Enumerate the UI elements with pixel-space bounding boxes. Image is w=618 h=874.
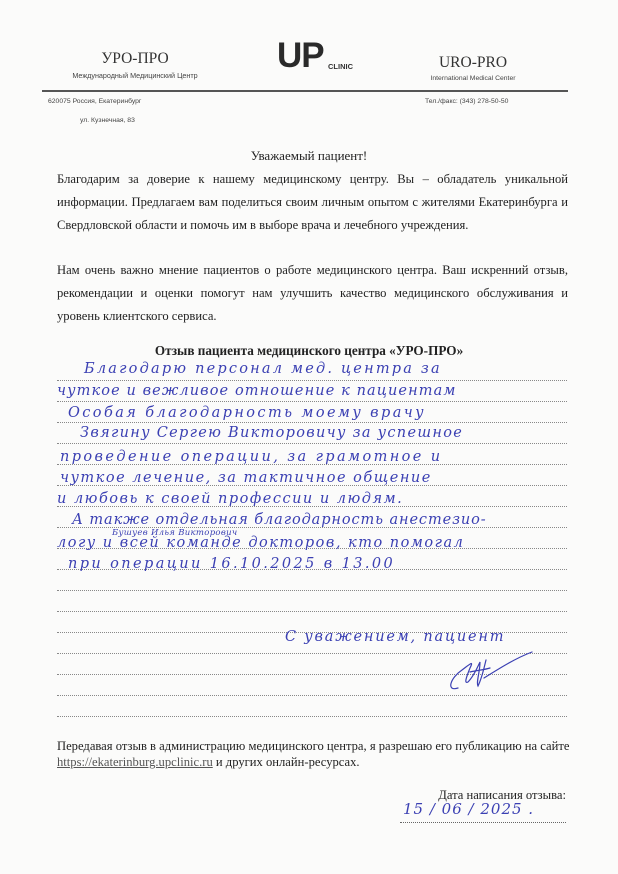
date-written: 15 / 06 / 2025 .	[403, 800, 534, 818]
writing-line	[57, 590, 567, 591]
org-name-ru: УРО-ПРО	[0, 50, 270, 68]
handwritten-line-3: Особая благодарность моему врачу	[68, 405, 426, 421]
handwritten-line-2: чуткое и вежливое отношение к пациентам	[57, 383, 456, 399]
org-subtitle-ru: Международный Медицинский Центр	[0, 71, 270, 80]
writing-line	[57, 443, 567, 444]
date-line	[400, 822, 566, 823]
org-subtitle-en: International Medical Center	[398, 75, 548, 82]
logo-up-text: UP	[277, 36, 324, 76]
intro-paragraph-1: Благодарим за доверие к нашему медицинск…	[57, 168, 568, 238]
handwritten-closing: С уважением, пациент	[285, 629, 505, 645]
writing-line	[57, 611, 567, 612]
handwritten-line-5: проведение операции, за грамотное и	[60, 449, 443, 465]
handwritten-line-9: логу и всей команде докторов, кто помога…	[57, 535, 464, 551]
handwritten-line-8: А также отдельная благодарность анестези…	[72, 512, 487, 528]
website-link[interactable]: https://ekaterinburg.upclinic.ru	[57, 755, 213, 769]
writing-line	[57, 716, 567, 717]
upclinic-logo: UP CLINIC	[270, 42, 350, 82]
writing-line	[57, 380, 567, 381]
writing-line	[57, 422, 567, 423]
handwritten-line-4: Звягину Сергею Викторовичу за успешное	[80, 425, 463, 441]
phone-fax: Тел./факс: (343) 278-50-50	[425, 98, 508, 105]
intro-paragraph-2: Нам очень важно мнение пациентов о работ…	[57, 259, 568, 329]
handwritten-line-10: при операции 16.10.2025 в 13.00	[68, 556, 395, 572]
handwritten-line-6: чуткое лечение, за тактичное общение	[60, 470, 432, 486]
handwritten-line-7: и любовь к своей профессии и людям.	[57, 491, 403, 507]
handwritten-line-1: Благодарю персонал мед. центра за	[84, 361, 442, 377]
publication-consent: Передавая отзыв в администрацию медицинс…	[57, 738, 577, 770]
header-divider	[42, 90, 568, 92]
writing-line	[57, 401, 567, 402]
greeting: Уважаемый пациент!	[0, 148, 618, 164]
consent-text-end: и других онлайн-ресурсах.	[213, 755, 360, 769]
consent-text: Передавая отзыв в администрацию медицинс…	[57, 739, 569, 753]
review-title: Отзыв пациента медицинского центра «УРО-…	[0, 343, 618, 359]
address-street: ул. Кузнечная, 83	[80, 117, 135, 124]
signature-icon	[440, 648, 540, 696]
logo-clinic-text: CLINIC	[328, 62, 353, 71]
address-city: 620075 Россия, Екатеринбург	[48, 98, 141, 105]
org-name-en: URO-PRO	[398, 54, 548, 72]
